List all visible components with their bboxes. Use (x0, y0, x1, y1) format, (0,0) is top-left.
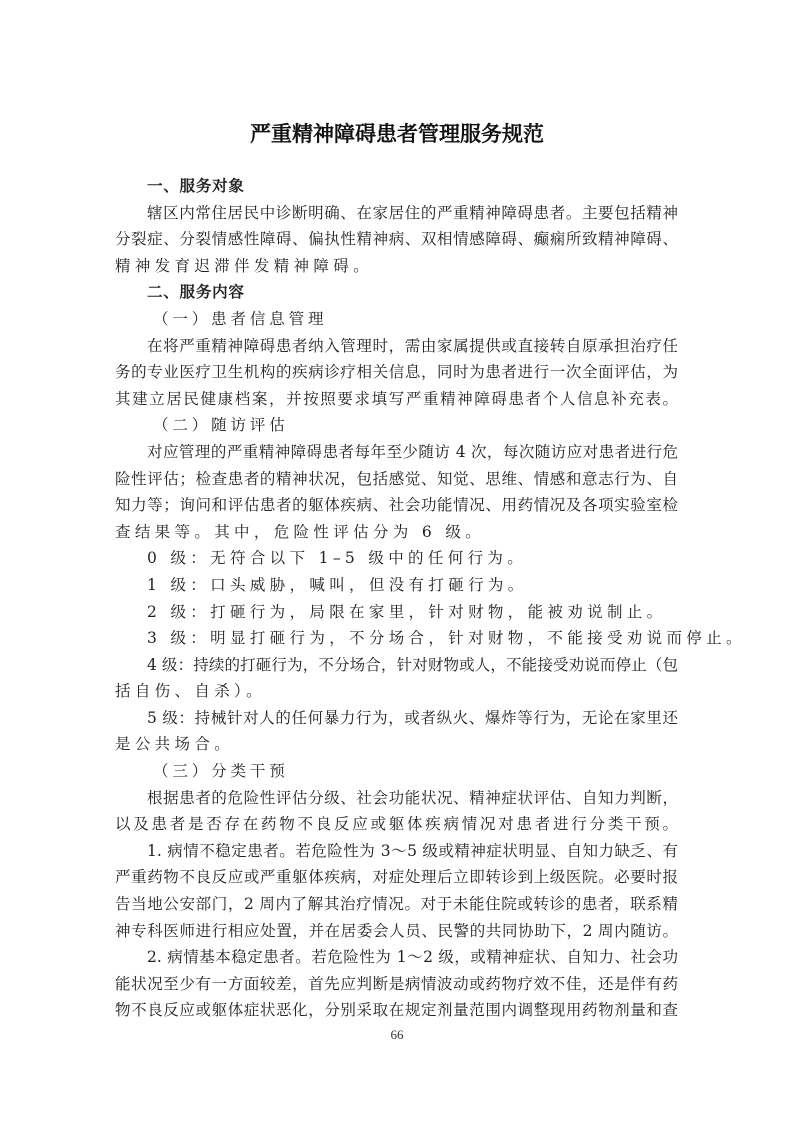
paragraph-line: 根据患者的危险性评估分级、社会功能状况、精神症状评估、自知力判断， (115, 785, 678, 812)
paragraph-line: 5 级：持械针对人的任何暴力行为，或者纵火、爆炸等行为，无论在家里还 (115, 705, 678, 732)
paragraph-line: 0 级：无符合以下 1–5 级中的任何行为。 (115, 545, 678, 572)
paragraph-line: 精神发育迟滞伴发精神障碍。 (115, 253, 678, 280)
document-body: 一、服务对象辖区内常住居民中诊断明确、在家居住的严重精神障碍患者。主要包括精神分… (115, 173, 678, 1024)
paragraph-line: 知力等；询问和评估患者的躯体疾病、社会功能情况、用药情况及各项实验室检 (115, 492, 678, 519)
paragraph-line: 务的专业医疗卫生机构的疾病诊疗相关信息，同时为患者进行一次全面评估，为 (115, 359, 678, 386)
paragraph-line: 能状况至少有一方面较差，首先应判断是病情波动或药物疗效不佳，还是伴有药 (115, 971, 678, 998)
paragraph-line: 在将严重精神障碍患者纳入管理时，需由家属提供或直接转自原承担治疗任 (115, 333, 678, 360)
section-heading: 一、服务对象 (115, 173, 678, 200)
paragraph-line: 以及患者是否存在药物不良反应或躯体疾病情况对患者进行分类干预。 (115, 811, 678, 838)
paragraph-line: 严重药物不良反应或严重躯体疾病，对症处理后立即转诊到上级医院。必要时报 (115, 864, 678, 891)
paragraph-line: 括自伤、自杀）。 (115, 678, 678, 705)
paragraph-line: 物不良反应或躯体症状恶化，分别采取在规定剂量范围内调整现用药物剂量和查 (115, 997, 678, 1024)
paragraph-line: 2 级：打砸行为，局限在家里，针对财物，能被劝说制止。 (115, 599, 678, 626)
paragraph-line: 对应管理的严重精神障碍患者每年至少随访 4 次，每次随访应对患者进行危 (115, 439, 678, 466)
paragraph-line: 分裂症、分裂情感性障碍、偏执性精神病、双相情感障碍、癫痫所致精神障碍、 (115, 226, 678, 253)
subsection-heading: （三）分类干预 (115, 758, 678, 785)
paragraph-line: 查结果等。其中，危险性评估分为 6 级。 (115, 519, 678, 546)
paragraph-line: 1. 病情不稳定患者。若危险性为 3～5 级或精神症状明显、自知力缺乏、有 (115, 838, 678, 865)
subsection-heading: （一）患者信息管理 (115, 306, 678, 333)
paragraph-line: 2. 病情基本稳定患者。若危险性为 1～2 级，或精神症状、自知力、社会功 (115, 944, 678, 971)
paragraph-line: 3 级：明显打砸行为，不分场合，针对财物，不能接受劝说而停止。 (115, 625, 678, 652)
paragraph-line: 其建立居民健康档案，并按照要求填写严重精神障碍患者个人信息补充表。 (115, 386, 678, 413)
paragraph-line: 1 级：口头威胁，喊叫，但没有打砸行为。 (115, 572, 678, 599)
page-number: 66 (0, 1027, 794, 1043)
paragraph-line: 辖区内常住居民中诊断明确、在家居住的严重精神障碍患者。主要包括精神 (115, 200, 678, 227)
document-title: 严重精神障碍患者管理服务规范 (0, 118, 794, 148)
subsection-heading: （二）随访评估 (115, 412, 678, 439)
paragraph-line: 神专科医师进行相应处置，并在居委会人员、民警的共同协助下，2 周内随访。 (115, 918, 678, 945)
paragraph-line: 4 级：持续的打砸行为，不分场合，针对财物或人，不能接受劝说而停止（包 (115, 652, 678, 679)
document-page: 严重精神障碍患者管理服务规范 一、服务对象辖区内常住居民中诊断明确、在家居住的严… (0, 0, 794, 1122)
section-heading: 二、服务内容 (115, 279, 678, 306)
paragraph-line: 险性评估；检查患者的精神状况，包括感觉、知觉、思维、情感和意志行为、自 (115, 466, 678, 493)
paragraph-line: 是公共场合。 (115, 731, 678, 758)
paragraph-line: 告当地公安部门，2 周内了解其治疗情况。对于未能住院或转诊的患者，联系精 (115, 891, 678, 918)
